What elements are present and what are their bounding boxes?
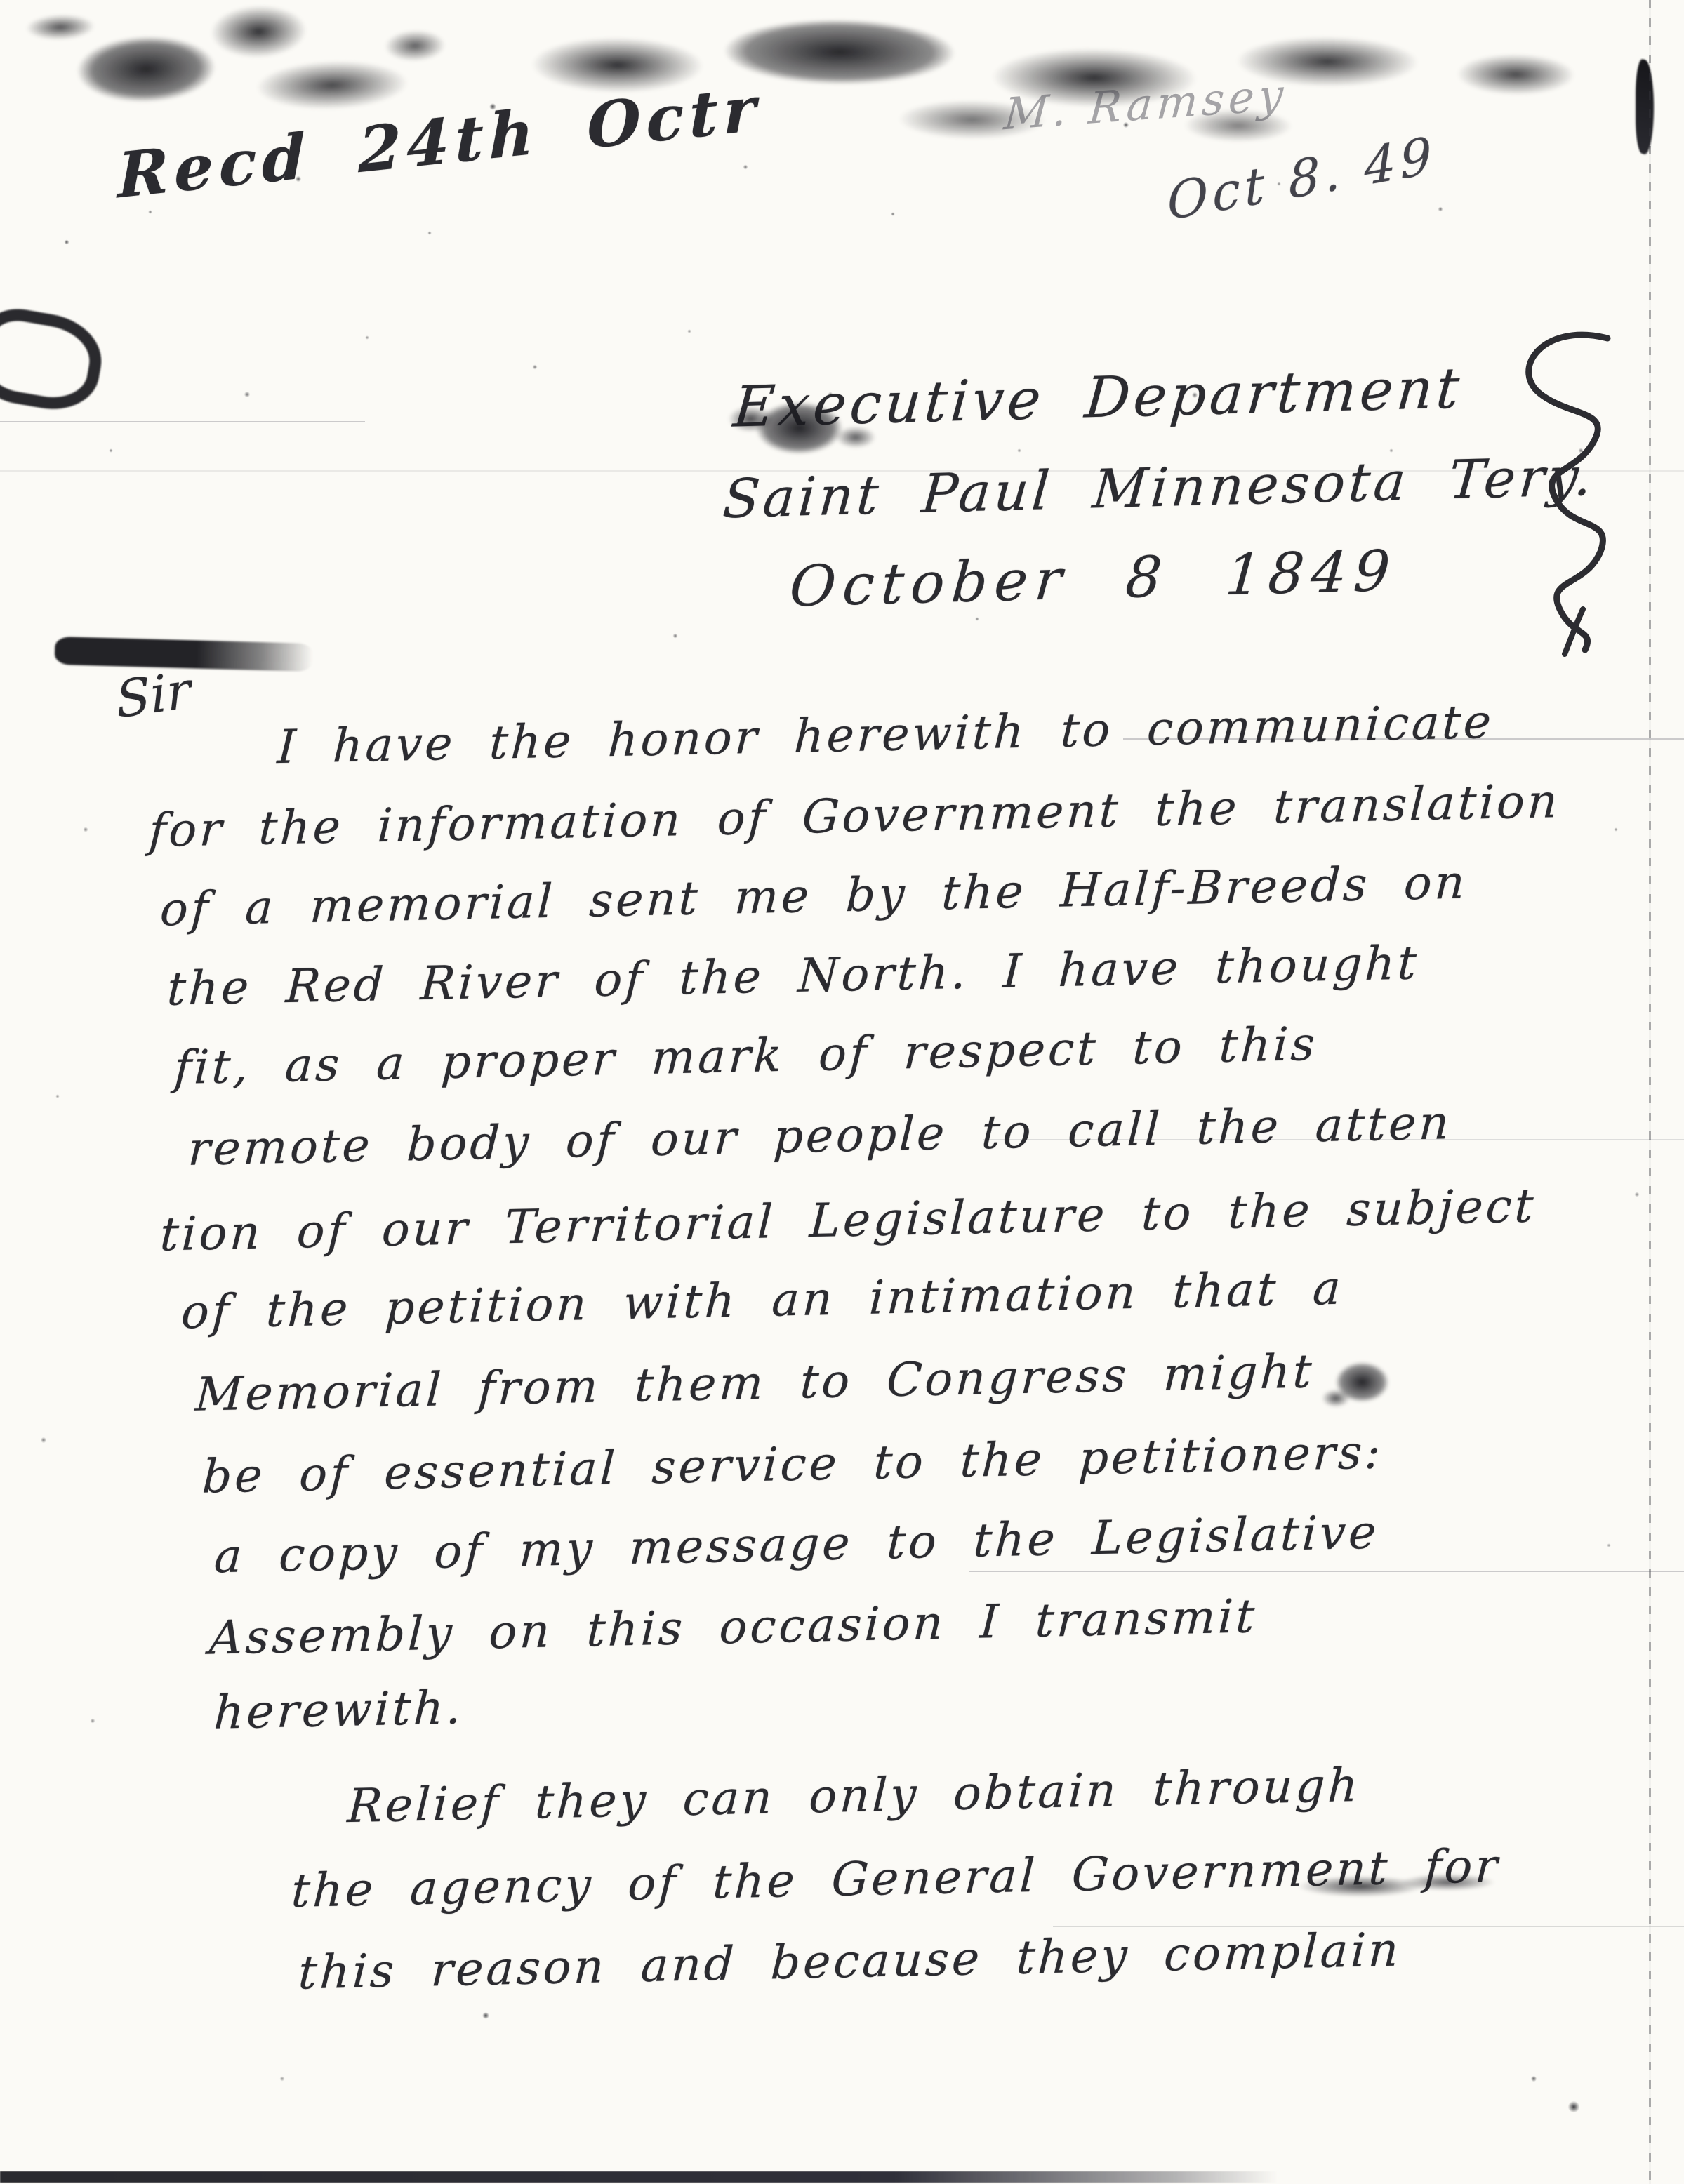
letter-line: tion of our Territorial Legislature to t…: [159, 1178, 1537, 1261]
ink-blob-congress: [1318, 1353, 1406, 1418]
letter-line: I have the honor herewith to communicate: [276, 695, 1495, 774]
letter-line: fit, as a proper mark of respect to this: [173, 1017, 1318, 1095]
letter-line: be of essential service to the petitione…: [201, 1425, 1384, 1503]
ink-blob-letterhead: [727, 382, 888, 474]
letter-line: herewith.: [213, 1680, 465, 1740]
letter-line: Assembly on this occasion I transmit: [208, 1589, 1259, 1665]
letter-line: the Red River of the North. I have thoug…: [166, 935, 1420, 1016]
letter-line: this reason and because they complain: [297, 1923, 1403, 2000]
page-edge-scan-line: [1649, 0, 1651, 2184]
scan-streak: [0, 421, 365, 422]
letter-line: for the information of Government the tr…: [147, 774, 1561, 858]
bottom-scan-bar: [0, 2171, 1278, 2183]
letterhead-line3: October 8 1849: [787, 538, 1399, 620]
right-edge-ink-wedge: [1636, 58, 1654, 157]
letter-line: Relief they can only obtain through: [346, 1758, 1362, 1833]
letter-line: Memorial from them to Congress might: [194, 1344, 1315, 1421]
letter-line: remote body of our people to call the at…: [187, 1096, 1453, 1176]
letter-line: of the petition with an intimation that …: [180, 1261, 1344, 1340]
scanned-letter-page: Recd 24th Octr M. Ramsey Oct 8. 49 Execu…: [0, 0, 1684, 2184]
left-edge-ink-hook: [0, 303, 108, 417]
salutation: Sir: [114, 660, 193, 730]
letter-line: of a memorial sent me by the Half-Breeds…: [159, 855, 1468, 936]
comma-flourish: [1555, 604, 1597, 660]
ink-smudge-government: [1285, 1864, 1502, 1905]
scan-streak: [969, 1571, 1684, 1572]
